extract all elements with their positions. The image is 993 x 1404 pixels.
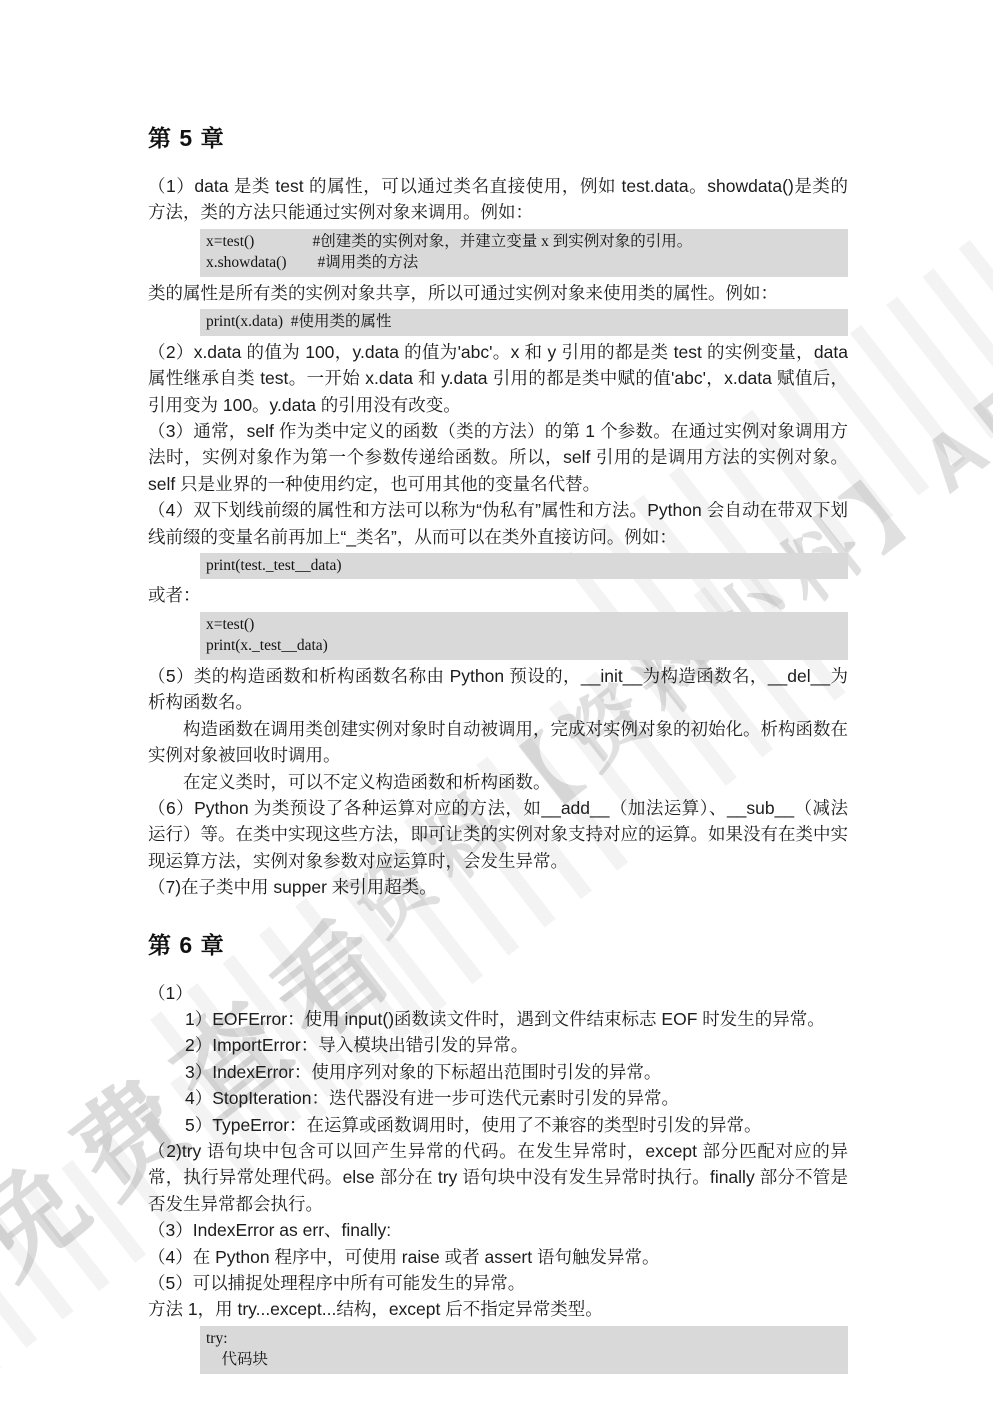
paragraph: （2)try 语句块中包含可以回产生异常的代码。在发生异常时，except 部分…: [148, 1138, 848, 1217]
code-block: x=test() print(x._test__data): [200, 612, 848, 660]
list-item: 2）ImportError：导入模块出错引发的异常。: [185, 1032, 848, 1058]
paragraph: （5）可以捕捉处理程序中所有可能发生的异常。: [148, 1270, 848, 1296]
code-text: print(test._test__data): [206, 555, 840, 577]
paragraph: 在定义类时，可以不定义构造函数和析构函数。: [148, 769, 848, 795]
paragraph: （4）在 Python 程序中，可使用 raise 或者 assert 语句触发…: [148, 1244, 848, 1270]
document-page: 第 5 章（1）data 是类 test 的属性，可以通过类名直接使用，例如 t…: [148, 120, 848, 1377]
paragraph: （5）类的构造函数和析构函数名称由 Python 预设的，__init__为构造…: [148, 663, 848, 716]
paragraph: （3）通常，self 作为类中定义的函数（类的方法）的第 1 个参数。在通过实例…: [148, 418, 848, 497]
code-block: print(x.data) #使用类的属性: [200, 309, 848, 336]
code-text: print(x.data) #使用类的属性: [206, 311, 840, 333]
code-text: try: 代码块: [206, 1328, 840, 1371]
list-item: 1）EOFError：使用 input()函数读文件时，遇到文件结束标志 EOF…: [185, 1006, 848, 1032]
paragraph: （1）: [148, 980, 848, 1006]
paragraph: 类的属性是所有类的实例对象共享，所以可通过实例对象来使用类的属性。例如：: [148, 280, 848, 306]
list-item: 5）TypeError：在运算或函数调用时，使用了不兼容的类型时引发的异常。: [185, 1112, 848, 1138]
list-item: 3）IndexError：使用序列对象的下标超出范围时引发的异常。: [185, 1059, 848, 1085]
code-block: print(test._test__data): [200, 553, 848, 580]
paragraph: （4）双下划线前缀的属性和方法可以称为“伪私有”属性和方法。Python 会自动…: [148, 497, 848, 550]
code-text: x=test() #创建类的实例对象，并建立变量 x 到实例对象的引用。 x.s…: [206, 231, 840, 274]
paragraph: （1）data 是类 test 的属性，可以通过类名直接使用，例如 test.d…: [148, 173, 848, 226]
paragraph: 或者：: [148, 582, 848, 608]
paragraph: （6）Python 为类预设了各种运算对应的方法，如__add__（加法运算）、…: [148, 795, 848, 874]
code-text: x=test() print(x._test__data): [206, 614, 840, 657]
list-item: 4）StopIteration：迭代器没有进一步可迭代元素时引发的异常。: [185, 1085, 848, 1111]
chapter-6-heading: 第 6 章: [148, 927, 848, 960]
code-block: try: 代码块: [200, 1326, 848, 1374]
code-block: x=test() #创建类的实例对象，并建立变量 x 到实例对象的引用。 x.s…: [200, 229, 848, 277]
paragraph: 方法 1，用 try...except...结构，except 后不指定异常类型…: [148, 1296, 848, 1322]
paragraph: 构造函数在调用类创建实例对象时自动被调用，完成对实例对象的初始化。析构函数在实例…: [148, 716, 848, 769]
paragraph: （2）x.data 的值为 100，y.data 的值为'abc'。x 和 y …: [148, 339, 848, 418]
paragraph: （3）IndexError as err、finally:: [148, 1217, 848, 1243]
paragraph: （7)在子类中用 supper 来引用超类。: [148, 874, 848, 900]
chapter-5-heading: 第 5 章: [148, 120, 848, 153]
